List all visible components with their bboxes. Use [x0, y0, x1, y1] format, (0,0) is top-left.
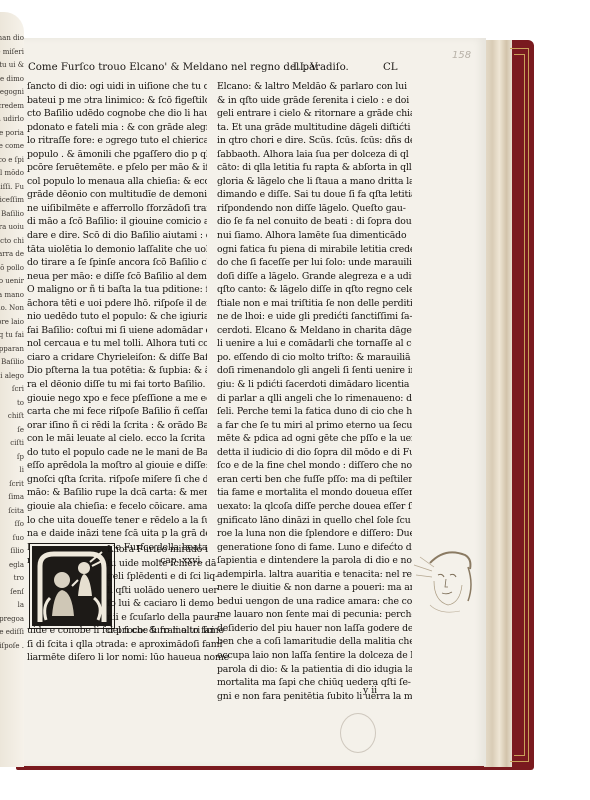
text-line: ſu uide molte ſchiere dā	[107, 557, 219, 571]
text-line: nii e ſcuſarlo della paura	[107, 611, 219, 625]
text-line: giu: & li pdićti ſacerdoti dimādaro lice…	[217, 378, 412, 392]
text-after-initial: uide e conobe li ſci pri che furo molto …	[27, 624, 229, 665]
facing-page-text: e man dione miſeri& tu uiore e dimoegogn…	[0, 32, 24, 653]
text-line: ſco e de la fine chel mondo : diſſero ch…	[217, 459, 412, 473]
text-line: eran certi ben che fuſſe pſſo: ma di peſ…	[217, 473, 412, 487]
facing-page-line: on ſe poria	[0, 127, 24, 141]
left-text-column: ſancto di dio: ogi uidi in uiſione che t…	[27, 80, 207, 568]
text-line: ſi di ſcita i qlla ɔtrada: e aproximādoſ…	[27, 638, 229, 652]
facing-page-line: ciſti	[0, 437, 24, 451]
text-line: orar iſino ñ ci rēdi la ſcrita : & orādo…	[27, 419, 207, 433]
paper-stain	[340, 713, 376, 753]
text-line: occupa laio non laſſa ſentire la dolceza…	[217, 649, 412, 663]
text-line: me lauaro non ſente mai di pecunia: perc…	[217, 608, 412, 622]
decorated-initial	[30, 544, 114, 628]
text-line: nere le diuitie & non darne a poueri: ma…	[217, 581, 412, 595]
text-line: di parlar a qlli angeli che lo rimenauen…	[217, 392, 412, 406]
text-line: cāto: di qlla letitia fu rapta & abſorta…	[217, 161, 412, 175]
text-line: di māo a ſcō Baſilio: il giouine comicio…	[27, 215, 207, 229]
facing-page-line: ma mano	[0, 289, 24, 303]
text-line: pcōre ſeruētemēte. e pſelo per māo & iſi…	[27, 161, 207, 175]
text-line: li qſti uolādo uenero uer	[107, 584, 219, 598]
facing-page-line: dō pollo	[0, 262, 24, 276]
facing-page-line: marra de	[0, 248, 24, 262]
facing-page-line: li	[0, 464, 24, 478]
text-line: āchora tēti e uoi pdere lhō. riſpoſe il …	[27, 297, 207, 311]
facing-page-line: Baſilio	[0, 356, 24, 370]
facing-page-line: oniſſi. Fu	[0, 181, 24, 195]
facing-page-line: & tu ui	[0, 59, 24, 73]
facing-page-line: ſima	[0, 491, 24, 505]
facing-page-line: ſſo	[0, 518, 24, 532]
facing-page-line: ſe	[0, 424, 24, 438]
text-line: ſtiale non e mai triſtitia ſe non delle …	[217, 297, 412, 311]
text-line: mortalita ma ſapi che chiūq uedera qſti …	[217, 676, 412, 690]
text-line: ſeli. Perche temi la fatica duno di cio …	[217, 405, 412, 419]
text-line: ſancto di dio: ogi uidi in uiſione che t…	[27, 80, 207, 94]
text-line: ne de lhoi: e uide gli predićti ſanctiſſ…	[217, 310, 412, 324]
running-head-book-number: LI. V.	[293, 62, 319, 73]
text-line: col populo lo menaua alla chieſia: & ecc…	[27, 175, 207, 189]
text-line: lo che uita doueſſe tener e rēdelo a la …	[27, 514, 207, 528]
text-line: li uenire a lui e comādarli che tornaſſe…	[217, 337, 412, 351]
text-line: giouie ala chieſia: e fecelo cōicare. am…	[27, 500, 207, 514]
facing-page-line: di alego	[0, 370, 24, 384]
facing-page-line: ne come	[0, 140, 24, 154]
text-line: O maligno or ñ ti baſta la tua pditione:…	[27, 283, 207, 297]
text-line: māo: & Baſilio rupe la dcā carta: & meno…	[27, 486, 207, 500]
facing-page-line: tri credem	[0, 100, 24, 114]
text-line: doſi diſſe a lāgelo. Grande alegreza e a…	[217, 270, 412, 284]
text-line: roe la luna non die ſplendore e diſſero:…	[217, 527, 412, 541]
text-line: uide e conobe li ſci pri che furo molto …	[27, 624, 229, 638]
facing-page-line: ſco e ſpi	[0, 154, 24, 168]
marginal-sketch-face-icon	[410, 545, 480, 620]
text-line: liarmēte diſero li lor nomi: lūo haueua …	[27, 651, 229, 665]
facing-page-line: chiſt	[0, 410, 24, 424]
text-line: gni e non fara penitētia ſubito li uerra…	[217, 690, 412, 704]
facing-page-line: ne miſeri	[0, 46, 24, 60]
facing-page-line: e ho uenir	[0, 275, 24, 289]
text-line: carta che mi fece riſpoſe Baſilio ñ ceſſ…	[27, 405, 207, 419]
text-line: do tirare a ſe ſpinſe ancora ſcō Baſilio…	[27, 256, 207, 270]
facing-page-line: del mōdo	[0, 167, 24, 181]
facing-page-line: ſancto chi	[0, 235, 24, 249]
facing-page-line: ſcri	[0, 383, 24, 397]
facing-page-line: to	[0, 397, 24, 411]
facing-page-line: la	[0, 599, 24, 613]
text-line: dio ſe fa nel conuito de beati : di ſopr…	[217, 215, 412, 229]
text-line: eſſo aprēdola la moſtro al giouie e diſſ…	[27, 459, 207, 473]
facing-page-line: hiq tu fai	[0, 329, 24, 343]
facing-page-line: pore laio	[0, 316, 24, 330]
facing-page-line: a a udirlo	[0, 113, 24, 127]
text-line: ſabbaoth. Alhora laia ſua per dolceza di…	[217, 148, 412, 162]
facing-page-edge: e man dione miſeri& tu uiore e dimoegogn…	[0, 12, 24, 767]
text-line: ciaro a cridare Chyrieleiſon: & diſſe Ba…	[27, 351, 207, 365]
text-line: tāta uiolētia lo demonio laſſalite che u…	[27, 243, 207, 257]
text-line: cto Baſilio udēdo cognobe che dio li hau…	[27, 107, 207, 121]
text-line: mēte & pdica ad ogni gēte che pſſo e la …	[217, 432, 412, 446]
text-line: bateui p me ɔtra linimico: & ſcō figeſti…	[27, 94, 207, 108]
text-line: dare e dire. Scō di dio Baſilio aiutami …	[27, 229, 207, 243]
text-line: cerdoti. Elcano & Meldano in charita dāg…	[217, 324, 412, 338]
text-line: geli entrare i cielo & ritornare a grāde…	[217, 107, 412, 121]
text-line: do tuto el populo cade ne le mani de Baſ…	[27, 446, 207, 460]
text-line: ta. Et una grāde multitudine dāgeli diſt…	[217, 121, 412, 135]
text-line: po. eſſendo di cio molto triſto: & marau…	[217, 351, 412, 365]
facing-page-line: e man dio	[0, 32, 24, 46]
facing-page-line: . Riſpoſe	[0, 640, 24, 654]
text-line: Dio pſterna la tua potētia: & ſupbia: & …	[27, 364, 207, 378]
text-line: ra el dēonio diſſe tu mi fai torto Baſil…	[27, 378, 207, 392]
facing-page-line: n diceſſim	[0, 194, 24, 208]
facing-page-line: ſenſ	[0, 586, 24, 600]
text-line: ogni fatica fu piena di mirabile letitia…	[217, 243, 412, 257]
facing-page-line: ore e dimo	[0, 73, 24, 87]
text-line: gnoſci qſta ſcrita. riſpoſe miſere ſi ch…	[27, 473, 207, 487]
text-line: nio uedēdo tuto el populo: & che igiuria…	[27, 310, 207, 324]
fore-edge-pages	[484, 40, 512, 767]
running-head-folio: CL	[383, 62, 398, 73]
facing-page-line: ſcita	[0, 505, 24, 519]
text-line: pdonato e fateli mia : & con grāde alegr…	[27, 121, 207, 135]
facing-page-line: ſilio	[0, 545, 24, 559]
facing-page-line: no Baſilio	[0, 208, 24, 222]
text-line: geli ſplēdenti e di ſci liq-	[107, 570, 219, 584]
text-line: ſapientia e dintendere la parola di dio …	[217, 554, 412, 568]
facing-page-line: ſcrit	[0, 478, 24, 492]
text-line: nui ſiamo. Alhora lamēte ſua dimenticādo	[217, 229, 412, 243]
facing-page-line: ra apparan	[0, 343, 24, 357]
text-line: tia fame e mortalita el mondo doueua eſſ…	[217, 486, 412, 500]
text-line: parola di dio: & la patientia di dio idu…	[217, 663, 412, 677]
text-line: Lhora Furſco mirādo i	[107, 543, 219, 557]
text-line: doſi rimenandolo gli angeli ſi ſenti uen…	[217, 364, 412, 378]
text-line: lo ritraſſe fore: e ɔgrego tuto el chier…	[27, 134, 207, 148]
woodcut-initial-a-icon	[32, 546, 112, 626]
text-line: gnificato lāno dināzi in quello chel ſol…	[217, 514, 412, 528]
text-line: gloria & lāgelo che li ſtaua a mano drit…	[217, 175, 412, 189]
text-line: generatione ſono di fame. Luno e difećto…	[217, 541, 412, 555]
text-line: adempirla. laltra auaritia e tenacita: n…	[217, 568, 412, 582]
text-line: neua per māo: e diſſe ſcō Baſilio al dem…	[27, 270, 207, 284]
text-line: riſpondendo non diſſe lāgelo. Queſto gau…	[217, 202, 412, 216]
text-line: do che ſi faceſſe per lui ſolo: unde mar…	[217, 256, 412, 270]
facing-page-line: ſp	[0, 451, 24, 465]
text-line: con le māi leuate al cielo. ecco la ſcri…	[27, 432, 207, 446]
text-line: ſo lui & caciaro li demo	[107, 597, 219, 611]
text-line: uexato: la qlcoſa diſſe perche douea eſſ…	[217, 500, 412, 514]
facing-page-line: tro	[0, 572, 24, 586]
text-line: nol cercaua e tu mel tolli. Alhora tuti …	[27, 337, 207, 351]
text-line: Elcano: & laltro Meldāo & parlaro con lu…	[217, 80, 412, 94]
facing-page-line: ſuo	[0, 532, 24, 546]
facing-page-line: egla	[0, 559, 24, 573]
facing-page-line: e era uoiu	[0, 221, 24, 235]
text-line: giouie nego xpo e fece pſeſſione a me ec…	[27, 392, 207, 406]
text-line: dimando e diſſe. Sai tu doue ſi fa qſta …	[217, 188, 412, 202]
facing-page-line: pregoa	[0, 613, 24, 627]
facing-page-line: dilio. Non	[0, 302, 24, 316]
text-line: grāde dēonio con multitudīe de demonii u…	[27, 188, 207, 202]
text-line: detta il iudicio di dio ſopra dil mōdo e…	[217, 446, 412, 460]
text-line: a far che ſe tu miri al primo eterno ua …	[217, 419, 412, 433]
text-line: na e daide ināzi tene ſcā uita p la grā …	[27, 527, 207, 541]
text-line: bedui uengon de una radice amara: che co…	[217, 595, 412, 609]
text-line: deſiderio del piu hauer non laſſa godere…	[217, 622, 412, 636]
right-text-column: Elcano: & laltro Meldāo & parlaro con lu…	[217, 80, 412, 703]
text-line: fai Baſilio: coſtui mi ſi uiene adomādar…	[27, 324, 207, 338]
text-line: ben che a coſi lamaritudie della malitia…	[217, 635, 412, 649]
facing-page-line: egogni	[0, 86, 24, 100]
facing-page-line: e ediſſi	[0, 626, 24, 640]
cover-gilt-rule-inner	[514, 54, 525, 756]
text-line: ne uiſibilmēte e afferrollo ſforzādoſi t…	[27, 202, 207, 216]
text-line: qſto canto: & lāgelo diſſe in qſto regno…	[217, 283, 412, 297]
signature-mark: y ii	[363, 685, 377, 696]
text-line: populo . & āmonili che pgaſſero dio p ql…	[27, 148, 207, 162]
text-line: in qtro chori e dire. Scūs. ſcūs. ſcūs: …	[217, 134, 412, 148]
pencil-folio-number: 158	[452, 50, 471, 61]
text-line: & in qſto uide grāde ſerenita i cielo : …	[217, 94, 412, 108]
